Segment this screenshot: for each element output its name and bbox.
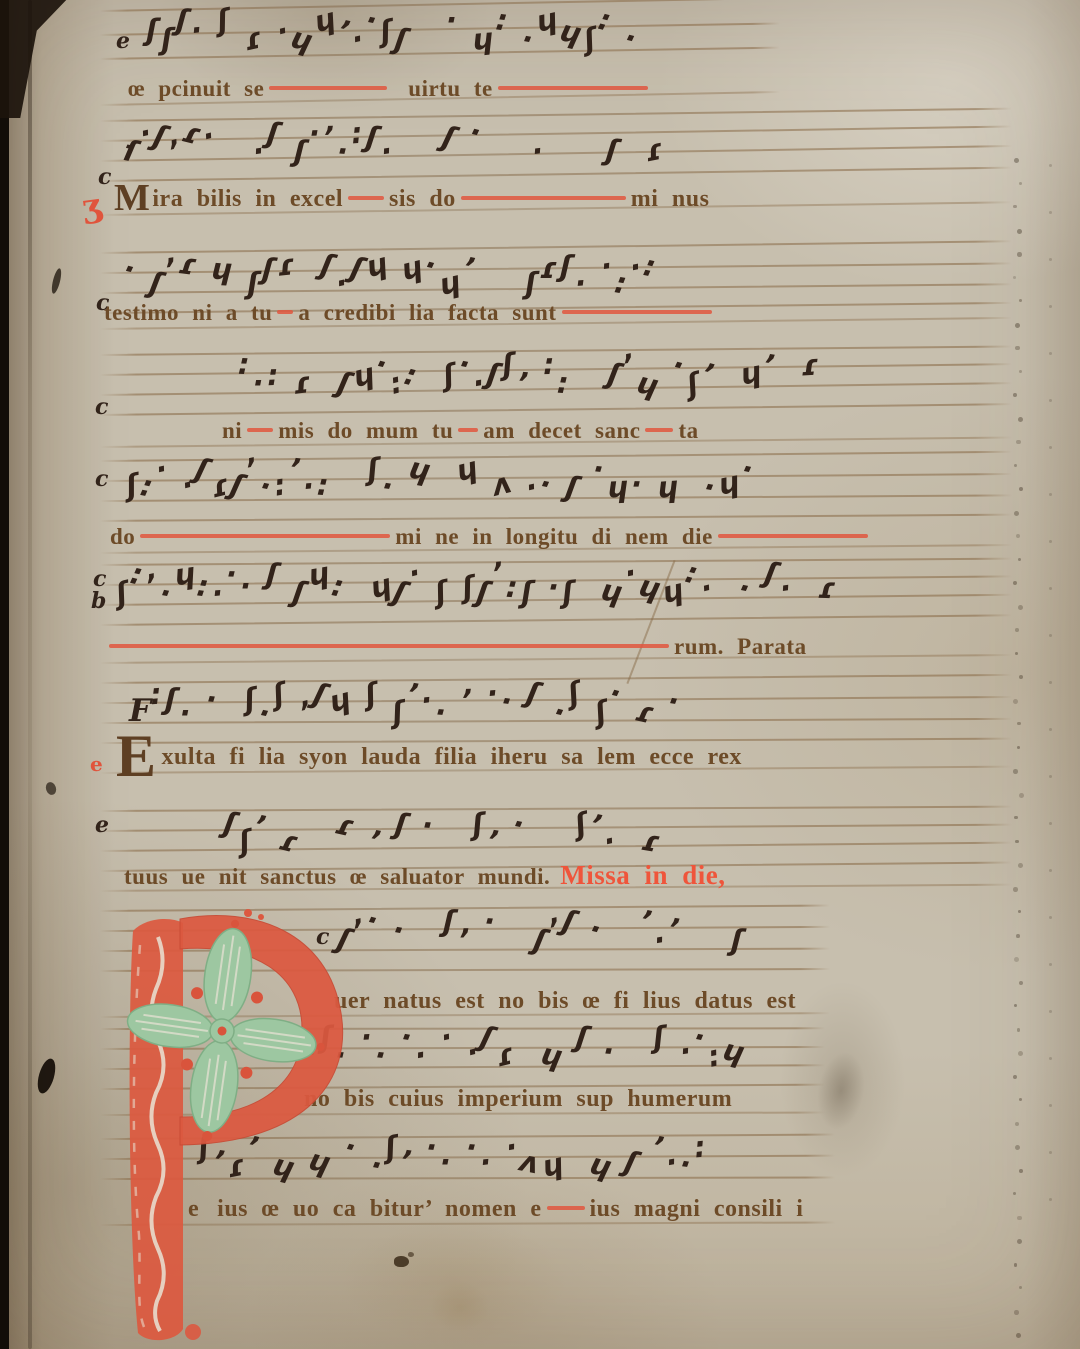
pricking-hole [1019, 299, 1022, 302]
pricking-hole [1049, 1010, 1052, 1013]
pricking-hole [1016, 440, 1020, 444]
red-filler-line [498, 86, 648, 90]
lyric-text: œ pcinuit se [128, 76, 264, 101]
lyric-line: Exulta fi lia syon lauda filia iheru sa … [116, 742, 742, 772]
pricking-hole [1013, 699, 1018, 704]
lyric-line: tuus ue nit sanctus œ saluator mundi.Mis… [124, 860, 726, 892]
lyric-text: ta [678, 418, 698, 443]
neume-row: ʃʃʃ·ʃɾ·ɥɥ’··ʃʃ·ɥ:·ɥɥʃ:· [146, 0, 639, 60]
parchment-stain [430, 1282, 490, 1332]
neume-row: :ʃ··ʃ·ʃ’ʃɥʃʃ’··’··ʃ·ʃʃ·ɾ· [150, 672, 682, 732]
clef-letter: c [95, 468, 108, 490]
edge-notch [34, 1057, 58, 1096]
pricking-hole [1014, 1263, 1018, 1267]
pricking-hole [1013, 276, 1016, 279]
pricking-hole [1016, 934, 1020, 938]
pricking-hole [1013, 1075, 1017, 1079]
pricking-hole [1019, 487, 1023, 491]
red-filler-line [562, 310, 712, 314]
pricking-hole [1015, 628, 1019, 632]
bowl-accent-dot [244, 909, 252, 917]
pricking-hole [1049, 869, 1052, 872]
neume-row: ʃ:··ʃɾʃ’·:’·:ʃ·ɥɥʌ··ʃ·ɥ·ɥ·ɥ· [126, 450, 756, 510]
pricking-hole [1049, 258, 1052, 261]
neume-row: ·ʃ·······ʃɾɥʃ·ʃ··:ɥ [306, 1018, 747, 1078]
lyric-line: rum. Parata [104, 632, 807, 662]
pricking-hole [1018, 1051, 1023, 1056]
lyric-text: xulta fi lia syon lauda filia iheru sa l… [162, 744, 742, 770]
lyric-text: sis do [389, 186, 456, 212]
pricking-hole [1017, 1239, 1022, 1244]
clef-letter: c [98, 166, 111, 188]
pricking-hole [1019, 1098, 1022, 1101]
pricking-hole [1018, 910, 1021, 913]
parchment-smudge [812, 1049, 871, 1134]
pricking-hole [1019, 981, 1023, 985]
ink-blot [394, 1256, 409, 1267]
pricking-hole [1049, 211, 1052, 214]
neume-row: :·:ɾʃɥ·::ʃ··ʃʃ’::ʃ’ɥ·ʃ’ɥ’ɾ [238, 344, 822, 404]
pricking-hole [1015, 1145, 1020, 1150]
pricking-hole [1014, 158, 1019, 163]
lyric-text: tuus ue nit sanctus œ saluator mundi. [124, 864, 550, 889]
pricking-hole [1049, 634, 1052, 637]
pricking-hole [1017, 1028, 1021, 1032]
clef-letter: e [95, 814, 109, 836]
lyric-line: uer natus est no bis œ fi lius datus est [334, 986, 796, 1016]
ink-blot [408, 1252, 414, 1257]
pricking-hole [1017, 1216, 1021, 1220]
pricking-hole [1049, 681, 1052, 684]
clef-letter: c [95, 396, 108, 418]
edge-ink-mark [50, 268, 63, 295]
clef-letter: F [129, 700, 151, 722]
pricking-hole [1015, 1122, 1019, 1126]
neume-row: ſ·ʃ’ɾ··ʃʃ·’·:ʃ·ʃ··ʃɾ [124, 110, 665, 170]
pricking-hole [1019, 182, 1022, 185]
pricking-hole [1049, 540, 1052, 543]
pricking-hole [1018, 605, 1023, 610]
pricking-hole [1014, 957, 1019, 962]
red-filler-line [247, 428, 273, 432]
lyric-text: uer natus est no bis œ fi lius datus est [334, 988, 796, 1014]
pricking-hole [1019, 1286, 1022, 1289]
red-filler-line [140, 534, 390, 538]
pricking-hole [1049, 1198, 1052, 1201]
pricking-hole [1013, 1192, 1016, 1195]
pricking-hole [1013, 393, 1017, 397]
flower-dot [190, 986, 204, 1000]
pricking-hole [1017, 746, 1020, 749]
pricking-hole [1017, 252, 1022, 257]
lyric-text: a credibi lia facta sunt [298, 300, 556, 325]
pricking-hole [1049, 728, 1052, 731]
lyric-text: mi ne in longitu di nem die [395, 524, 712, 549]
pricking-hole [1049, 963, 1052, 966]
pricking-hole [1014, 511, 1019, 516]
pricking-hole [1016, 534, 1020, 538]
red-filler-line [109, 644, 669, 648]
clef-letter: b [91, 590, 106, 612]
neume-row: ʃ’··ʃ’·ʃ’ʃ·’·’ʃ [338, 900, 746, 960]
red-filler-line [277, 310, 293, 314]
pricking-hole [1049, 587, 1052, 590]
pricking-hole [1013, 581, 1017, 585]
neume-row: ʃ:’·ɥ:···ʃʃɥ:ɥʃ·ʃʃʃ’:ʃ·ʃɥ·ɥɥ:··ʃ·ɾ [116, 554, 838, 614]
pricking-hole [1015, 652, 1018, 655]
pricking-hole [1015, 346, 1019, 350]
stem-foot-dot [185, 1324, 201, 1340]
pricking-hole [1014, 1310, 1019, 1315]
red-filler-line [718, 534, 868, 538]
lyric-line: no bis cuius imperium sup humerum [304, 1084, 732, 1114]
pricking-hole [1018, 417, 1023, 422]
pricking-hole [1014, 816, 1017, 819]
flower-dot [250, 991, 264, 1005]
initial-p [100, 905, 360, 1349]
pricking-hole [1049, 822, 1052, 825]
pricking-hole [1049, 399, 1052, 402]
lyric-text: uirtu te [408, 76, 492, 101]
pricking-hole [1017, 229, 1022, 234]
pricking-hole [1049, 1057, 1052, 1060]
neume-row: ʃʃ’ɾɾ’ʃ·ʃ’·ʃ’·ɾ [224, 800, 662, 860]
edge-ink-mark [44, 781, 58, 796]
pricking-hole [1013, 887, 1018, 892]
pricking-hole [1049, 446, 1052, 449]
clef-letter: c [93, 568, 106, 590]
lyric-text: ius magni consili i [590, 1196, 804, 1222]
lyric-text: mi nus [631, 186, 710, 212]
staff-line [100, 514, 1012, 522]
pricking-hole [1014, 464, 1017, 467]
manuscript-page: ʒ e eʃʃʃ·ʃɾ·ɥɥ’··ʃʃ·ɥ:·ɥɥʃ:·œ pcinuit se… [0, 0, 1080, 1349]
bowl-accent-dot [258, 914, 264, 920]
pricking-hole [1019, 370, 1022, 373]
neume-row: ·ʃ’ɾɥʃʃɾʃ·ʃɥɥ·ɥ’ʃɾʃ··:·: [124, 242, 658, 302]
lyric-line: œ pcinuit seuirtu te [128, 74, 653, 104]
binding-corner [0, 0, 92, 118]
lyric-line: testimo ni a tua credibi lia facta sunt [104, 298, 717, 328]
pricking-hole [1049, 775, 1052, 778]
pricking-hole [1019, 675, 1023, 679]
pricking-hole [1018, 863, 1023, 868]
pricking-hole [1049, 493, 1052, 496]
rubric-text: Missa in die, [560, 860, 725, 890]
pricking-hole [1049, 1151, 1052, 1154]
pricking-hole [1017, 722, 1020, 725]
flower-dot [240, 1066, 254, 1080]
binding-gutter [0, 0, 9, 1349]
pricking-hole [1049, 164, 1052, 167]
pricking-hole [1014, 1004, 1017, 1007]
pricking-hole [1015, 323, 1020, 328]
lyric-text: do [110, 524, 135, 549]
lyric-text: rum. Parata [674, 634, 807, 659]
red-filler-line [458, 428, 478, 432]
clef-letter: e [116, 30, 130, 52]
initial-p-stem [130, 919, 183, 1340]
red-filler-line [645, 428, 673, 432]
lyric-text: am decet sanc [483, 418, 640, 443]
pricking-hole [1019, 793, 1024, 798]
pricking-hole [1019, 1169, 1023, 1173]
pricking-hole [1049, 1104, 1052, 1107]
pricking-hole [1049, 352, 1052, 355]
pricking-hole [1013, 769, 1018, 774]
pricking-hole [1016, 1333, 1021, 1338]
pricking-hole [1018, 558, 1021, 561]
lyric-line: Mira bilis in excelsis domi nus [114, 184, 709, 214]
pricking-hole [1013, 205, 1016, 208]
lyric-text: ira bilis in excel [152, 186, 343, 212]
red-filler-line [461, 196, 626, 200]
lyric-text: no bis cuius imperium sup humerum [304, 1086, 732, 1112]
rubric-response-mark: ʒ [79, 185, 103, 226]
red-filler-line [547, 1206, 585, 1210]
lyric-text: testimo ni a tu [104, 300, 272, 325]
pricking-hole [1049, 916, 1052, 919]
pricking-hole [1015, 840, 1018, 843]
pricking-hole [1049, 305, 1052, 308]
lyric-text: ni [222, 418, 242, 443]
red-filler-line [348, 196, 384, 200]
red-filler-line [269, 86, 387, 90]
parchment-crease [28, 0, 32, 1349]
